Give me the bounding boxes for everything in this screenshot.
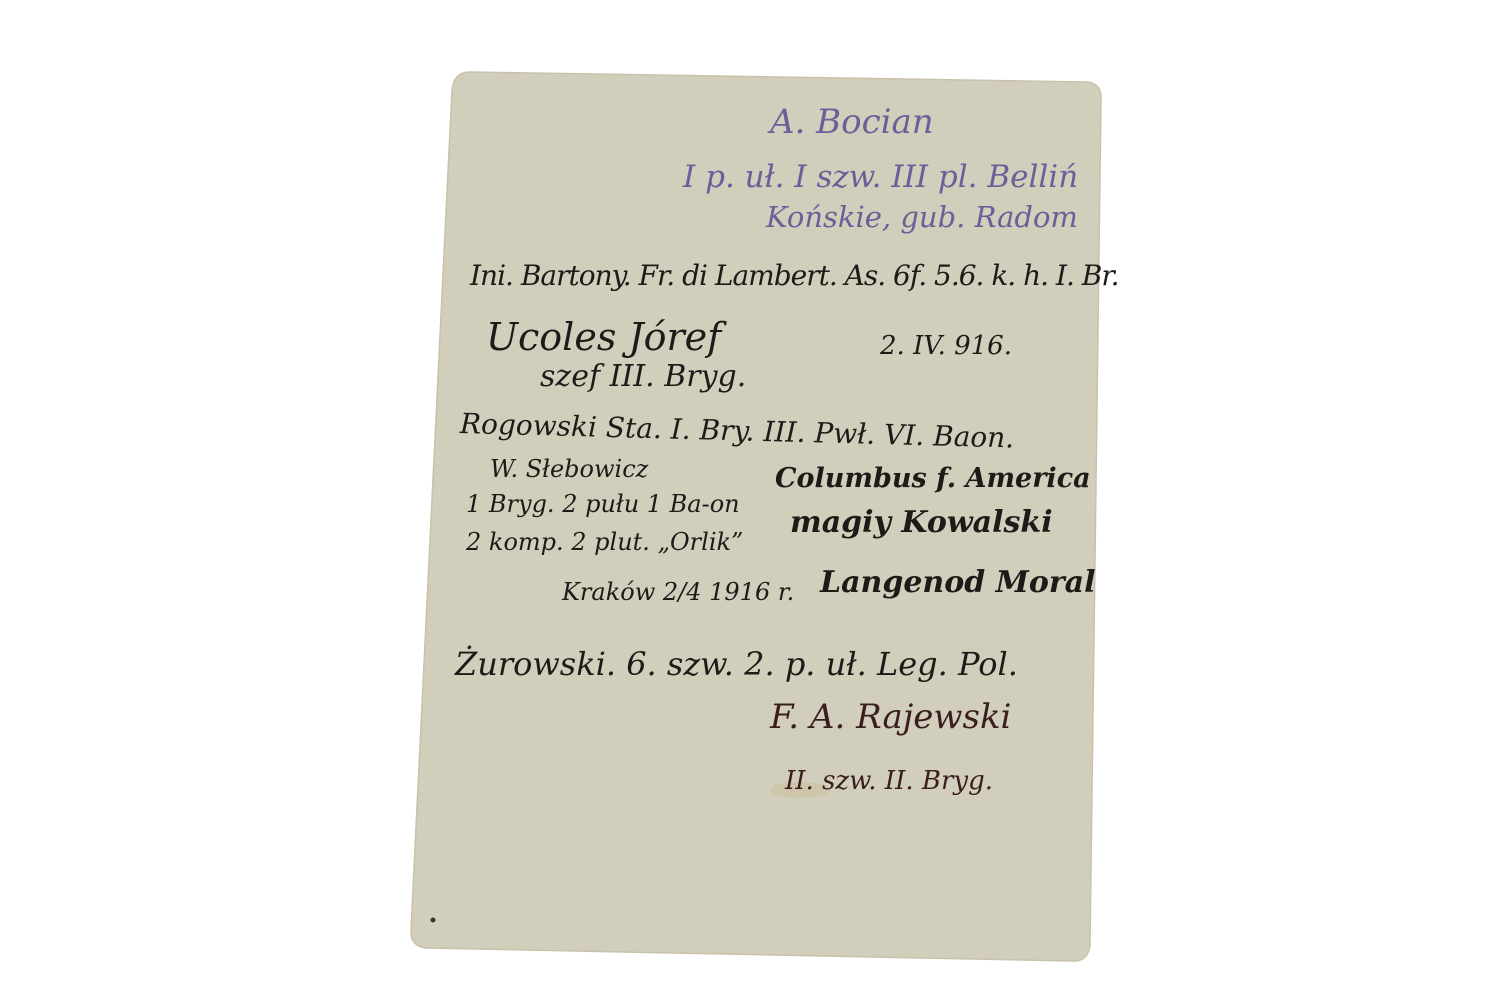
inscription-line-5: szef III. Bryg. — [540, 362, 746, 392]
inscription-line-12: magiy Kowalski — [790, 508, 1053, 538]
inscription-line-11: Columbus f. America — [775, 465, 1091, 492]
inscription-line-3: Ini. Bartony. Fr. di Lambert. As. 6f. 5.… — [470, 262, 1119, 290]
inscription-line-15: F. A. Rajewski — [770, 700, 1011, 734]
inscription-line-4a: Ucoles Jóref — [486, 318, 721, 356]
autograph-card: A. Bocian I p. uł. I szw. III pl. Belliń… — [0, 0, 1500, 1000]
inscription-line-10: Kraków 2/4 1916 r. — [562, 580, 794, 604]
inscription-line-9: 2 komp. 2 plut. „Orlik” — [466, 530, 743, 554]
inscription-bocian-place: Końskie, gub. Radom — [766, 203, 1078, 232]
inscription-line-4b: 2. IV. 916. — [880, 333, 1012, 359]
inscription-line-16: II. szw. II. Bryg. — [785, 768, 993, 794]
inscription-bocian-unit: I p. uł. I szw. III pl. Belliń — [683, 162, 1078, 193]
inscription-line-7: W. Słebowicz — [490, 457, 648, 481]
inscription-line-8: 1 Bryg. 2 pułu 1 Ba-on — [466, 492, 740, 516]
card-paper — [0, 0, 1500, 1000]
inscription-line-13: Langenod Moral — [820, 568, 1096, 598]
inscription-line-14: Żurowski. 6. szw. 2. p. uł. Leg. Pol. — [455, 648, 1018, 680]
inscription-bocian-name: A. Bocian — [770, 105, 934, 139]
